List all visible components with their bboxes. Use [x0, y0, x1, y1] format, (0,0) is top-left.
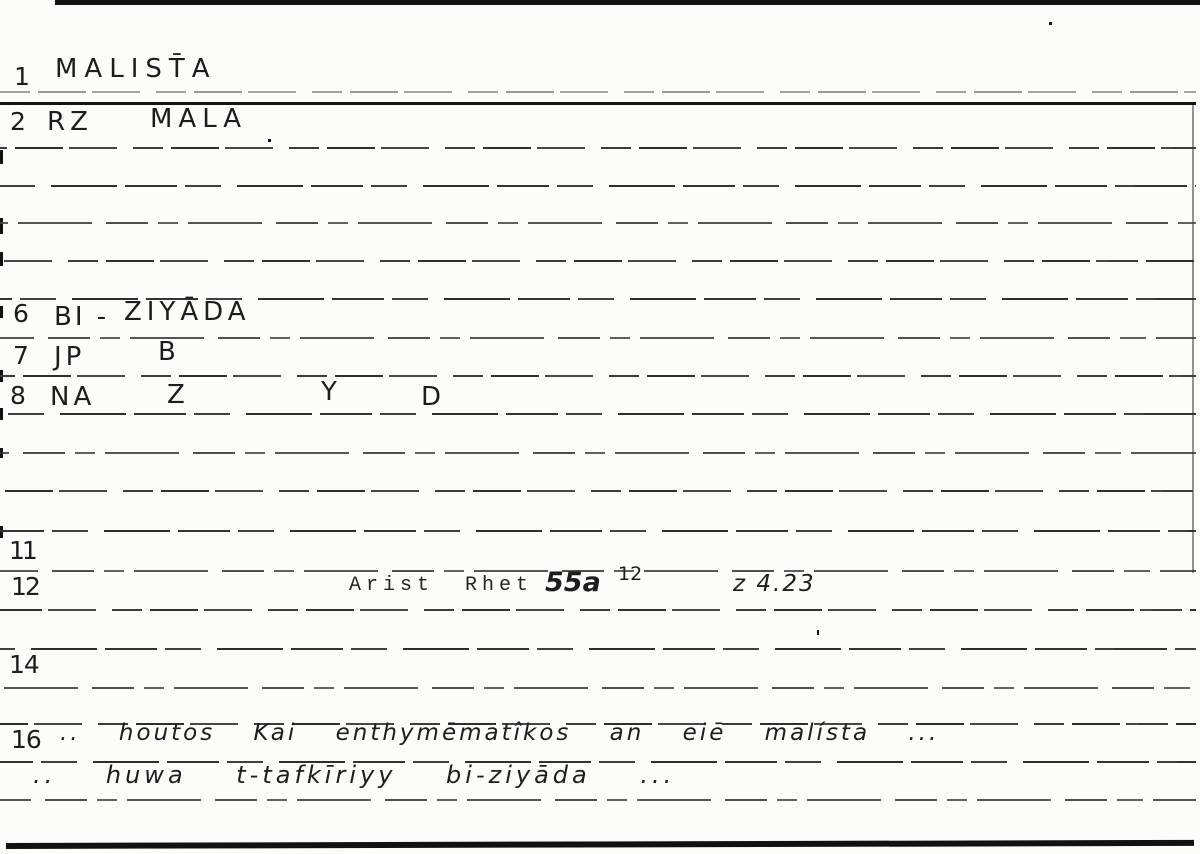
ruled-line [0, 490, 1196, 492]
ruled-line [0, 530, 1196, 532]
row2-siglum: RZ [47, 109, 93, 135]
ruled-line [0, 222, 1196, 224]
scanned-index-card: 1 MALIST̄A 2 RZ MALA 6 BI - ZIYĀDA 7 JP … [0, 0, 1200, 854]
reference-locus: 55a [545, 569, 601, 596]
ruled-line [0, 799, 1196, 801]
row7-gloss: B [158, 339, 176, 365]
ruled-line [0, 260, 1196, 262]
scan-edge-tick [0, 150, 3, 164]
line-number-11: 11 [9, 538, 35, 563]
ruled-line [0, 375, 1196, 377]
row6-gloss: ZIYĀDA [124, 299, 251, 325]
row8-col2: Y [321, 379, 337, 405]
scan-edge-bottom-bar [6, 840, 1194, 849]
line-number-14: 14 [9, 652, 39, 677]
headword: MALIST̄A [55, 56, 217, 82]
line-number-12: 12 [11, 574, 39, 599]
ruled-line [0, 147, 1196, 149]
ruled-line [0, 413, 1196, 415]
row2-gloss: MALA [150, 106, 247, 132]
greek-transliteration-line: .. houtos Kai enthymēmatîkos an eiē malí… [60, 722, 939, 745]
scan-speck [268, 139, 271, 142]
scan-edge-tick [0, 526, 3, 538]
line-number-2: 2 [10, 109, 26, 134]
reference-work: Arist Rhet [349, 576, 533, 596]
scan-edge-top-bar [55, 0, 1200, 5]
ruled-line [0, 687, 1196, 689]
line-number-6: 6 [13, 301, 29, 326]
ruled-line [0, 452, 1196, 454]
scan-edge-tick [0, 306, 3, 318]
row7-siglum: JP [54, 344, 85, 370]
row8-col1: Z [167, 382, 185, 408]
ruled-line [0, 185, 1196, 187]
arabic-transliteration-line: .. huwa t-tafkīriyy bi-ziyāda ... [33, 763, 675, 787]
reference-note: z 4.23 [733, 573, 816, 596]
reference-locus-line: 12 [618, 565, 642, 584]
ruled-line [0, 91, 1196, 93]
scan-edge-tick [0, 218, 3, 234]
row8-siglum: NA [50, 384, 95, 410]
scan-speck [817, 630, 819, 635]
row6-siglum: BI - [54, 304, 109, 330]
line-number-8: 8 [10, 383, 26, 408]
ruled-line [0, 609, 1196, 611]
line-number-16: 16 [11, 727, 41, 752]
line-number-7: 7 [13, 343, 29, 368]
scan-edge-tick [0, 252, 3, 266]
row8-col3: D [421, 384, 441, 410]
ruled-line [0, 648, 1196, 650]
scan-speck [1049, 22, 1052, 25]
line-number-1: 1 [14, 64, 30, 89]
ruled-line [0, 337, 1196, 339]
